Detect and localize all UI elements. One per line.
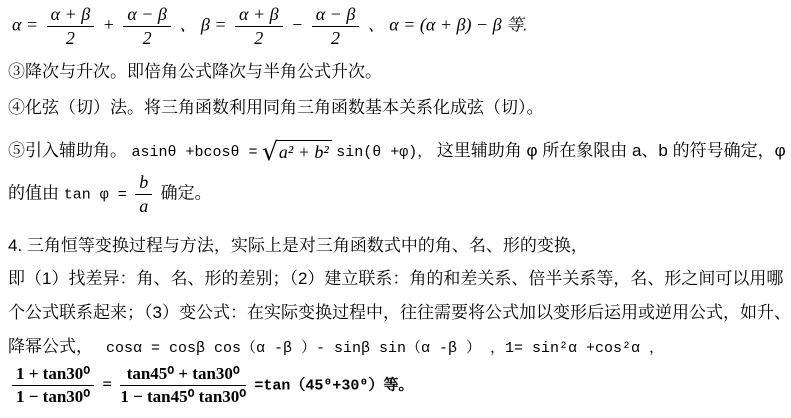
alpha-equals: α =	[12, 15, 38, 35]
numerator: tan45⁰ + tan30⁰	[120, 364, 246, 386]
tan-phi-equals: tan φ =	[64, 187, 127, 204]
paragraph-text: 即（1）找差异：角、名、形的差别；（2）建立联系：角的和差关系、倍半关系等，名、…	[8, 269, 783, 288]
formula-line-cos-expansion: 降幂公式， cosα = cosβ cos（α -β ）- sinβ sin（α…	[8, 332, 664, 357]
paragraph-change-formula: 个公式联系起来；（3）变公式：在实际变换过程中，往往需要将公式加以变形后运用或逆…	[8, 298, 791, 323]
etc-suffix: 等.	[506, 16, 528, 35]
numerator: α − β	[123, 4, 171, 27]
minus-operator: −	[291, 15, 303, 35]
paragraph-text: 降幂公式，	[8, 337, 102, 356]
numerator: b	[135, 172, 152, 195]
plus-operator: +	[103, 15, 115, 35]
fraction: α + β 2	[47, 4, 95, 49]
fraction: α − β 2	[123, 4, 171, 49]
paragraph-text: 确定。	[161, 184, 212, 203]
radical-sign-icon: √	[262, 137, 278, 166]
paragraph-find-differences: 即（1）找差异：角、名、形的差别；（2）建立联系：角的和差关系、倍半关系等，名、…	[8, 264, 783, 289]
radicand: a² + b²	[278, 140, 332, 163]
formula-line-tan-fraction: 1 + tan30⁰ 1 − tan30⁰ = tan45⁰ + tan30⁰ …	[8, 364, 413, 407]
paragraph-text: ④化弦（切）法。将三角函数利用同角三角函数基本关系化成弦（切）。	[8, 98, 544, 117]
numerator: α + β	[47, 4, 95, 27]
denominator: 1 − tan30⁰	[12, 386, 94, 407]
equals-sign: =	[102, 374, 112, 393]
document-page: α = α + β 2 + α − β 2 、 β = α + β 2 − α …	[0, 0, 791, 418]
fraction: tan45⁰ + tan30⁰ 1 − tan45⁰ tan30⁰	[120, 364, 246, 407]
numerator: α + β	[235, 4, 283, 27]
formula-line-auxiliary-angle: ⑤引入辅助角。 asinθ +bcosθ = √a² + b² sin(θ +φ…	[8, 136, 791, 166]
paragraph-text: 的值由	[8, 184, 64, 203]
denominator: 2	[235, 27, 283, 49]
denominator: 2	[47, 27, 95, 49]
paragraph-convert-to-sine: ④化弦（切）法。将三角函数利用同角三角函数基本关系化成弦（切）。	[8, 93, 544, 118]
denominator: 2	[123, 27, 171, 49]
formula-line-alpha-beta: α = α + β 2 + α − β 2 、 β = α + β 2 − α …	[12, 4, 528, 49]
beta-equals: β =	[201, 15, 227, 35]
sin-theta-phi: sin(θ +φ)，	[336, 144, 432, 161]
fraction: 1 + tan30⁰ 1 − tan30⁰	[12, 364, 94, 407]
paragraph-text: ③降次与升次。即倍角公式降次与半角公式升次。	[8, 62, 382, 81]
fraction: b a	[135, 172, 152, 217]
paragraph-text: 个公式联系起来；（3）变公式：在实际变换过程中，往往需要将公式加以变形后运用或逆…	[8, 303, 791, 322]
paragraph-transform-methods: 4. 三角恒等变换过程与方法，实际上是对三角函数式中的角、名、形的变换，	[8, 231, 588, 256]
asin-bcos-formula: asinθ +bcosθ =	[131, 144, 257, 161]
paragraph-text: ⑤引入辅助角。	[8, 141, 127, 160]
square-root: √a² + b²	[262, 137, 332, 166]
tan-sum-result: =tan（45⁰+30⁰）等。	[254, 377, 413, 394]
numerator: α − β	[312, 4, 360, 27]
list-separator: 、	[179, 16, 196, 35]
list-separator: 、	[368, 16, 385, 35]
denominator: a	[135, 195, 152, 217]
denominator: 1 − tan45⁰ tan30⁰	[120, 386, 246, 407]
numerator: 1 + tan30⁰	[12, 364, 94, 386]
alpha-sum-identity: α = (α + β) − β	[389, 15, 501, 35]
fraction: α + β 2	[235, 4, 283, 49]
formula-line-tan-phi: 的值由 tan φ = b a 确定。	[8, 172, 212, 217]
fraction: α − β 2	[312, 4, 360, 49]
paragraph-text: 4. 三角恒等变换过程与方法，实际上是对三角函数式中的角、名、形的变换，	[8, 236, 588, 255]
denominator: 2	[312, 27, 360, 49]
cos-identity-formula: cosα = cosβ cos（α -β ）- sinβ sin（α -β ） …	[106, 340, 664, 357]
paragraph-text: 这里辅助角 φ 所在象限由 a、b 的符号确定，φ 角	[437, 141, 791, 160]
paragraph-reduce-raise-power: ③降次与升次。即倍角公式降次与半角公式升次。	[8, 57, 382, 82]
